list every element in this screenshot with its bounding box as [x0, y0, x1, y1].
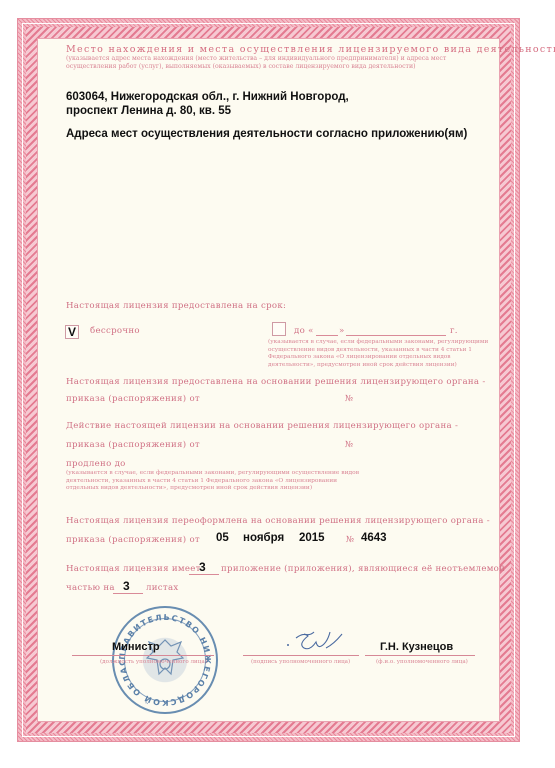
extended-label: Действие настоящей лицензии на основании…: [66, 421, 458, 431]
signer-position: Министр: [112, 641, 160, 653]
extended-until-label: продлено до: [66, 459, 126, 469]
reissued-day: 05: [216, 532, 229, 544]
address-line-2: проспект Ленина д. 80, кв. 55: [66, 104, 349, 118]
granted-order-label: приказа (распоряжения) от: [66, 394, 200, 404]
until-suffix: г.: [450, 326, 458, 336]
reissued-order-label: приказа (распоряжения) от: [66, 535, 200, 545]
term-label: Настоящая лицензия предоставлена на срок…: [66, 301, 286, 311]
reissued-number-label: №: [346, 535, 354, 545]
granted-label: Настоящая лицензия предоставлена на осно…: [66, 377, 486, 387]
until-mid: »: [339, 326, 345, 336]
reissued-month: ноября: [243, 532, 284, 544]
position-line: [72, 655, 214, 656]
signature-caption: (подпись уполномоченного лица): [251, 658, 350, 666]
address-line-1: 603064, Нижегородская обл., г. Нижний Но…: [66, 90, 349, 104]
name-caption: (ф.и.о. уполномоченного лица): [376, 658, 468, 666]
indefinite-label: бессрочно: [90, 326, 140, 336]
appendices-count-line: [189, 574, 219, 575]
name-line: [365, 655, 475, 656]
reissued-number: 4643: [361, 532, 387, 544]
sheets-count-line: [113, 593, 143, 594]
address-block: 603064, Нижегородская обл., г. Нижний Но…: [66, 90, 349, 118]
location-heading: Место нахождения и места осуществления л…: [66, 44, 480, 55]
activity-addresses: Адреса мест осуществления деятельности с…: [66, 128, 467, 140]
sheets-prefix: частью на: [66, 583, 115, 593]
location-hint: (указывается адрес места нахождения (мес…: [66, 55, 482, 71]
extended-order-label: приказа (распоряжения) от: [66, 440, 200, 450]
reissued-year: 2015: [299, 532, 325, 544]
extended-number-label: №: [345, 440, 353, 450]
appendices-prefix: Настоящая лицензия имеет: [66, 564, 201, 574]
until-hint: (указывается в случае, если федеральными…: [268, 339, 490, 369]
signer-name: Г.Н. Кузнецов: [380, 641, 453, 653]
reissued-label: Настоящая лицензия переоформлена на осно…: [66, 516, 490, 526]
until-date-checkbox[interactable]: [272, 322, 286, 336]
appendices-suffix: приложение (приложения), являющиеся её н…: [221, 564, 505, 574]
extended-hint: (указывается в случае, если федеральными…: [66, 470, 366, 493]
until-day-field[interactable]: [316, 335, 338, 336]
sheets-suffix: листах: [146, 583, 179, 593]
sheets-count: 3: [123, 579, 130, 593]
indefinite-checkbox[interactable]: V: [65, 325, 79, 339]
until-prefix: до «: [294, 326, 314, 336]
handwritten-signature-icon: [282, 628, 352, 658]
granted-number-label: №: [345, 394, 353, 404]
until-month-year-field[interactable]: [346, 335, 446, 336]
appendices-count: 3: [199, 560, 206, 574]
position-caption: (должность уполномоченного лица): [100, 658, 207, 666]
